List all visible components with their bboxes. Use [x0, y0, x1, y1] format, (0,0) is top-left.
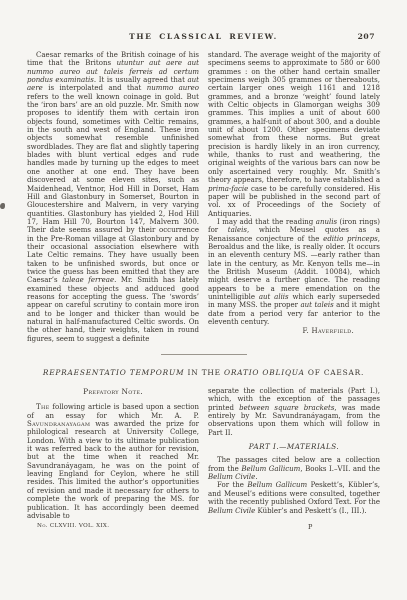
materials-paragraph-1: The passages cited below are a collectio…: [208, 456, 380, 481]
press-signature-mark: P: [208, 523, 380, 531]
article1-paragraph-left: Caesar remarks of the British coinage of…: [27, 51, 199, 343]
article2-left-column: Prefatory Note. The following article is…: [27, 387, 199, 531]
prefatory-note-heading: Prefatory Note.: [27, 388, 199, 396]
author-signature: F. Haverfield.: [208, 327, 380, 335]
part1-heading: PART I.—MATERIALS.: [208, 443, 380, 451]
article1-columns: Caesar remarks of the British coinage of…: [27, 51, 380, 343]
scan-artifact: [0, 203, 5, 209]
article1-right-column: standard. The average weight of the majo…: [208, 51, 380, 343]
page-number: 207: [358, 32, 375, 41]
prefatory-note-continuation: separate the collection of materials (Pa…: [208, 387, 380, 437]
article1-left-column: Caesar remarks of the British coinage of…: [27, 51, 199, 343]
section-divider-rule: [161, 354, 247, 355]
article2-columns: Prefatory Note. The following article is…: [27, 387, 380, 531]
volume-issue-footer: No. CLXVIII. VOL. XIX.: [27, 522, 199, 530]
scanned-page: THE CLASSICAL REVIEW. 207 Caesar remarks…: [0, 0, 407, 600]
page-header: THE CLASSICAL REVIEW. 207: [27, 32, 380, 42]
article1-paragraph-addendum: I may add that the reading anulis (iron …: [208, 218, 380, 326]
article2-title: REPRAESENTATIO TEMPORUM IN THE ORATIO OB…: [27, 368, 380, 377]
prefatory-note-paragraph: The following article is based upon a se…: [27, 403, 199, 520]
materials-paragraph-2: For the Bellum Gallicum Peskett’s, Küble…: [208, 481, 380, 514]
running-title: THE CLASSICAL REVIEW.: [27, 32, 380, 41]
article2-right-column: separate the collection of materials (Pa…: [208, 387, 380, 531]
article1-paragraph-continuation: standard. The average weight of the majo…: [208, 51, 380, 218]
